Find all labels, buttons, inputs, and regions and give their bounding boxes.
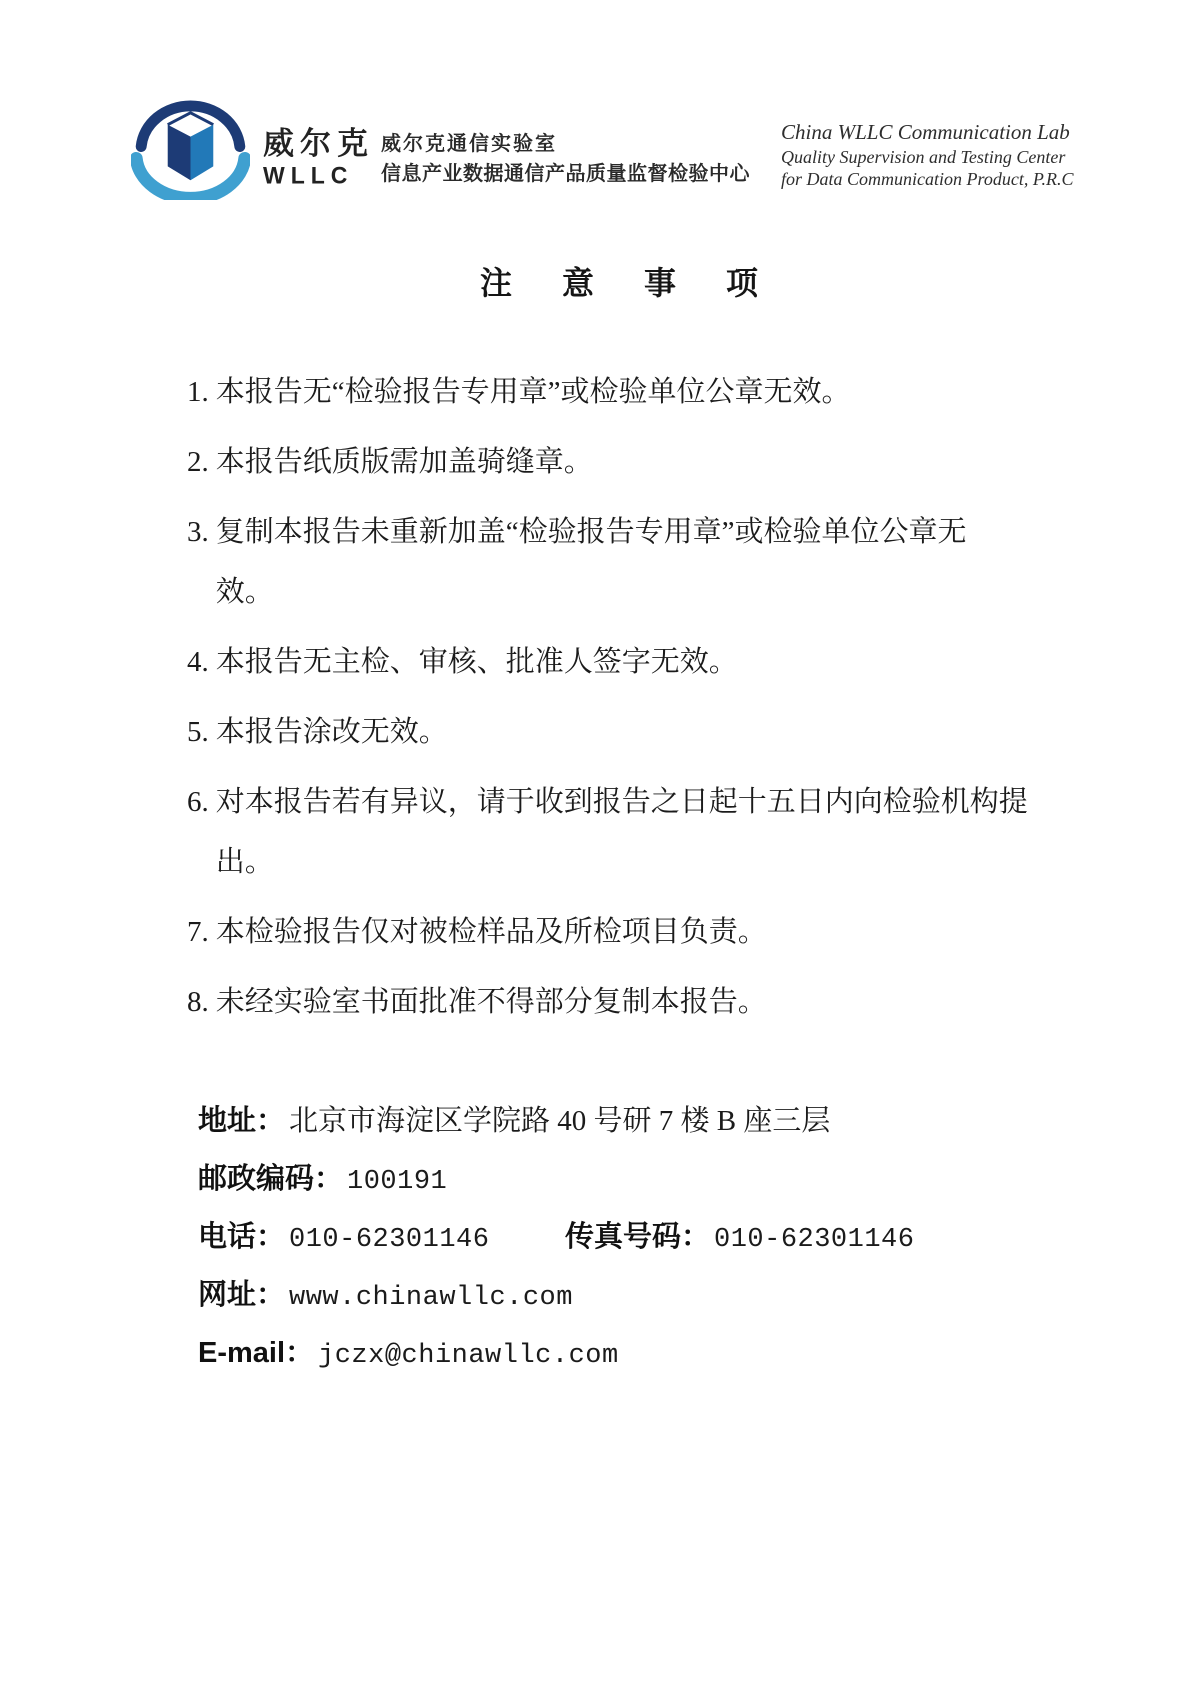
note-number: 6. — [187, 772, 209, 892]
website-value: www.chinawllc.com — [289, 1283, 573, 1313]
address-row: 地址：北京市海淀区学院路 40 号研 7 楼 B 座三层 — [198, 1092, 914, 1150]
fax-label: 传真号码： — [565, 1221, 710, 1253]
email-row: E-mail：jczx@chinawllc.com — [198, 1324, 914, 1382]
note-number: 2. — [187, 432, 209, 492]
note-item: 1.本报告无“检验报告专用章”或检验单位公章无效。 — [187, 362, 1028, 422]
note-text: 对本报告若有异议，请于收到报告之日起十五日内向检验机构提出。 — [216, 772, 1028, 892]
address-label: 地址： — [198, 1105, 285, 1137]
phone-value: 010-62301146 — [289, 1225, 489, 1255]
note-text: 本报告纸质版需加盖骑缝章。 — [216, 432, 593, 492]
note-text: 本报告无主检、审核、批准人签字无效。 — [216, 632, 738, 692]
logo-name-cn: 威尔克 — [263, 127, 374, 161]
org-name-center: 信息产业数据通信产品质量监督检验中心 — [381, 159, 750, 189]
org-english-line2: Quality Supervision and Testing Center — [781, 146, 1074, 168]
postcode-label: 邮政编码： — [198, 1163, 343, 1195]
org-names: 威尔克通信实验室 信息产业数据通信产品质量监督检验中心 — [381, 129, 750, 189]
note-item: 8.未经实验室书面批准不得部分复制本报告。 — [187, 972, 1028, 1032]
note-text: 本报告无“检验报告专用章”或检验单位公章无效。 — [216, 362, 851, 422]
note-item: 6.对本报告若有异议，请于收到报告之日起十五日内向检验机构提出。 — [187, 772, 1028, 892]
logo-name-en: WLLC — [263, 162, 374, 187]
note-number: 3. — [187, 502, 209, 622]
logo-wordmark: 威尔克 WLLC — [263, 127, 374, 187]
note-text: 复制本报告未重新加盖“检验报告专用章”或检验单位公章无效。 — [216, 502, 967, 622]
note-number: 1. — [187, 362, 209, 422]
phone-fax-row: 电话：010-62301146传真号码：010-62301146 — [198, 1208, 914, 1266]
email-label: E-mail： — [198, 1337, 314, 1369]
note-number: 4. — [187, 632, 209, 692]
org-name-lab: 威尔克通信实验室 — [381, 129, 750, 159]
phone-pair: 电话：010-62301146 — [198, 1208, 565, 1269]
email-value: jczx@chinawllc.com — [318, 1341, 619, 1371]
note-text: 未经实验室书面批准不得部分复制本报告。 — [216, 972, 767, 1032]
postcode-value: 100191 — [347, 1167, 447, 1197]
phone-label: 电话： — [198, 1221, 285, 1253]
org-english-line3: for Data Communication Product, P.R.C — [781, 168, 1074, 190]
note-item: 7.本检验报告仅对被检样品及所检项目负责。 — [187, 902, 1028, 962]
page-title: 注意事项 — [480, 258, 808, 304]
wllc-logo-icon — [131, 97, 250, 200]
note-text: 本检验报告仅对被检样品及所检项目负责。 — [216, 902, 767, 962]
note-text: 本报告涂改无效。 — [216, 702, 448, 762]
notice-page: 威尔克 WLLC 威尔克通信实验室 信息产业数据通信产品质量监督检验中心 Chi… — [0, 0, 1199, 1696]
org-names-english: China WLLC Communication Lab Quality Sup… — [781, 118, 1074, 190]
contact-block: 地址：北京市海淀区学院路 40 号研 7 楼 B 座三层 邮政编码：100191… — [198, 1092, 914, 1382]
address-value: 北京市海淀区学院路 40 号研 7 楼 B 座三层 — [289, 1105, 830, 1137]
note-item: 4.本报告无主检、审核、批准人签字无效。 — [187, 632, 1028, 692]
website-label: 网址： — [198, 1279, 285, 1311]
notes-list: 1.本报告无“检验报告专用章”或检验单位公章无效。2.本报告纸质版需加盖骑缝章。… — [187, 362, 1028, 1042]
postcode-row: 邮政编码：100191 — [198, 1150, 914, 1208]
note-item: 5.本报告涂改无效。 — [187, 702, 1028, 762]
website-row: 网址：www.chinawllc.com — [198, 1266, 914, 1324]
org-english-line1: China WLLC Communication Lab — [781, 118, 1074, 146]
note-number: 7. — [187, 902, 209, 962]
note-item: 3.复制本报告未重新加盖“检验报告专用章”或检验单位公章无效。 — [187, 502, 1028, 622]
note-item: 2.本报告纸质版需加盖骑缝章。 — [187, 432, 1028, 492]
fax-value: 010-62301146 — [714, 1225, 914, 1255]
note-number: 5. — [187, 702, 209, 762]
fax-pair: 传真号码：010-62301146 — [565, 1208, 914, 1269]
note-number: 8. — [187, 972, 209, 1032]
